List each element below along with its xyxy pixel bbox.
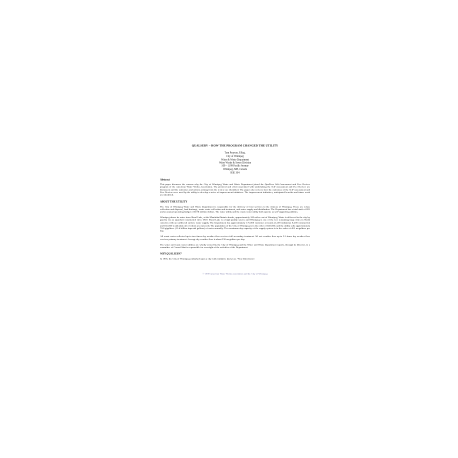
document-page: QUALSERV – HOW THE PROGRAM CHANGED THE U… [0,0,458,458]
author-block: Tom Pearson, P.Eng. City of Winnipeg Wat… [160,151,310,174]
about-paragraph-3: All waste water collected up to two time… [160,235,310,240]
copyright-footer: © 1999 American Water Works Association … [160,273,310,276]
page-content: QUALSERV – HOW THE PROGRAM CHANGED THE U… [160,144,310,275]
abstract-paragraph: This paper discusses the reasons why the… [160,183,310,197]
why-qualserv-paragraph: In 1995, the City of Winnipeg embarked u… [160,257,310,260]
abstract-heading: Abstract [160,178,310,181]
paper-title: QUALSERV – HOW THE PROGRAM CHANGED THE U… [163,144,306,147]
about-utility-heading: ABOUT THE UTILITY [160,200,310,203]
author-postal-code: R3E 3S4 [160,171,310,174]
about-paragraph-1: The City of Winnipeg Water and Waste Dep… [160,205,310,213]
why-qualserv-heading: WHY QUALSERV? [160,252,310,255]
about-paragraph-2: Winnipeg draws its water from Shoal Lake… [160,216,310,232]
about-paragraph-4: The water and waste water utilities are … [160,243,310,248]
